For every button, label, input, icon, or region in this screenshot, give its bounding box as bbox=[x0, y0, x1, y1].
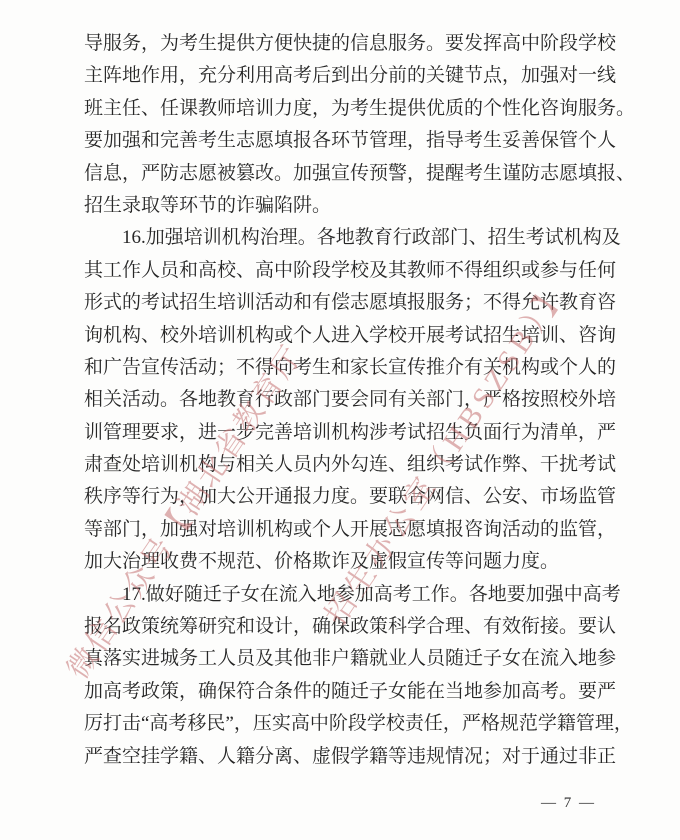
text-line: 招生录取等环节的诈骗陷阱。 bbox=[84, 190, 598, 222]
text-line: 相关活动。各地教育行政部门要会同有关部门，严格按照校外培 bbox=[84, 384, 598, 416]
text-line: 导服务，为考生提供方便快捷的信息服务。要发挥高中阶段学校 bbox=[84, 28, 598, 60]
text-line: 真落实进城务工人员及其他非户籍就业人员随迁子女在流入地参 bbox=[84, 643, 598, 675]
text-line: 班主任、任课教师培训力度，为考生提供优质的个性化咨询服务。 bbox=[84, 93, 598, 125]
page-number: — 7 — bbox=[541, 795, 596, 812]
text-line: 秩序等行为，加大公开通报力度。要联合网信、公安、市场监管 bbox=[84, 481, 598, 513]
text-line: 要加强和完善考生志愿填报各环节管理，指导考生妥善保管个人 bbox=[84, 125, 598, 157]
text-line: 信息，严防志愿被篡改。加强宣传预警，提醒考生谨防志愿填报、 bbox=[84, 158, 598, 190]
text-line: 报名政策统筹研究和设计，确保政策科学合理、有效衔接。要认 bbox=[84, 611, 598, 643]
text-line: 询机构、校外培训机构或个人进入学校开展考试招生培训、咨询 bbox=[84, 320, 598, 352]
text-line: 主阵地作用，充分利用高考后到出分前的关键节点，加强对一线 bbox=[84, 60, 598, 92]
text-line: 等部门，加强对培训机构或个人开展志愿填报咨询活动的监管， bbox=[84, 514, 598, 546]
text-line: 17.做好随迁子女在流入地参加高考工作。各地要加强中高考 bbox=[84, 579, 598, 611]
text-line: 训管理要求，进一步完善培训机构涉考试招生负面行为清单，严 bbox=[84, 417, 598, 449]
text-line: 严查空挂学籍、人籍分离、虚假学籍等违规情况；对于通过非正 bbox=[84, 741, 598, 773]
text-line: 肃查处培训机构与相关人员内外勾连、组织考试作弊、干扰考试 bbox=[84, 449, 598, 481]
text-line: 加高考政策，确保符合条件的随迁子女能在当地参加高考。要严 bbox=[84, 676, 598, 708]
text-line: 厉打击“高考移民”，压实高中阶段学校责任，严格规范学籍管理， bbox=[84, 708, 598, 740]
text-line: 其工作人员和高校、高中阶段学校及其教师不得组织或参与任何 bbox=[84, 255, 598, 287]
text-line: 形式的考试招生培训活动和有偿志愿填报服务；不得允许教育咨 bbox=[84, 287, 598, 319]
text-line: 和广告宣传活动；不得向考生和家长宣传推介有关机构或个人的 bbox=[84, 352, 598, 384]
text-line: 16.加强培训机构治理。各地教育行政部门、招生考试机构及 bbox=[84, 222, 598, 254]
document-page: 导服务，为考生提供方便快捷的信息服务。要发挥高中阶段学校主阵地作用，充分利用高考… bbox=[0, 0, 680, 840]
text-line: 加大治理收费不规范、价格欺诈及虚假宣传等问题力度。 bbox=[84, 546, 598, 578]
document-body: 导服务，为考生提供方便快捷的信息服务。要发挥高中阶段学校主阵地作用，充分利用高考… bbox=[84, 28, 598, 773]
